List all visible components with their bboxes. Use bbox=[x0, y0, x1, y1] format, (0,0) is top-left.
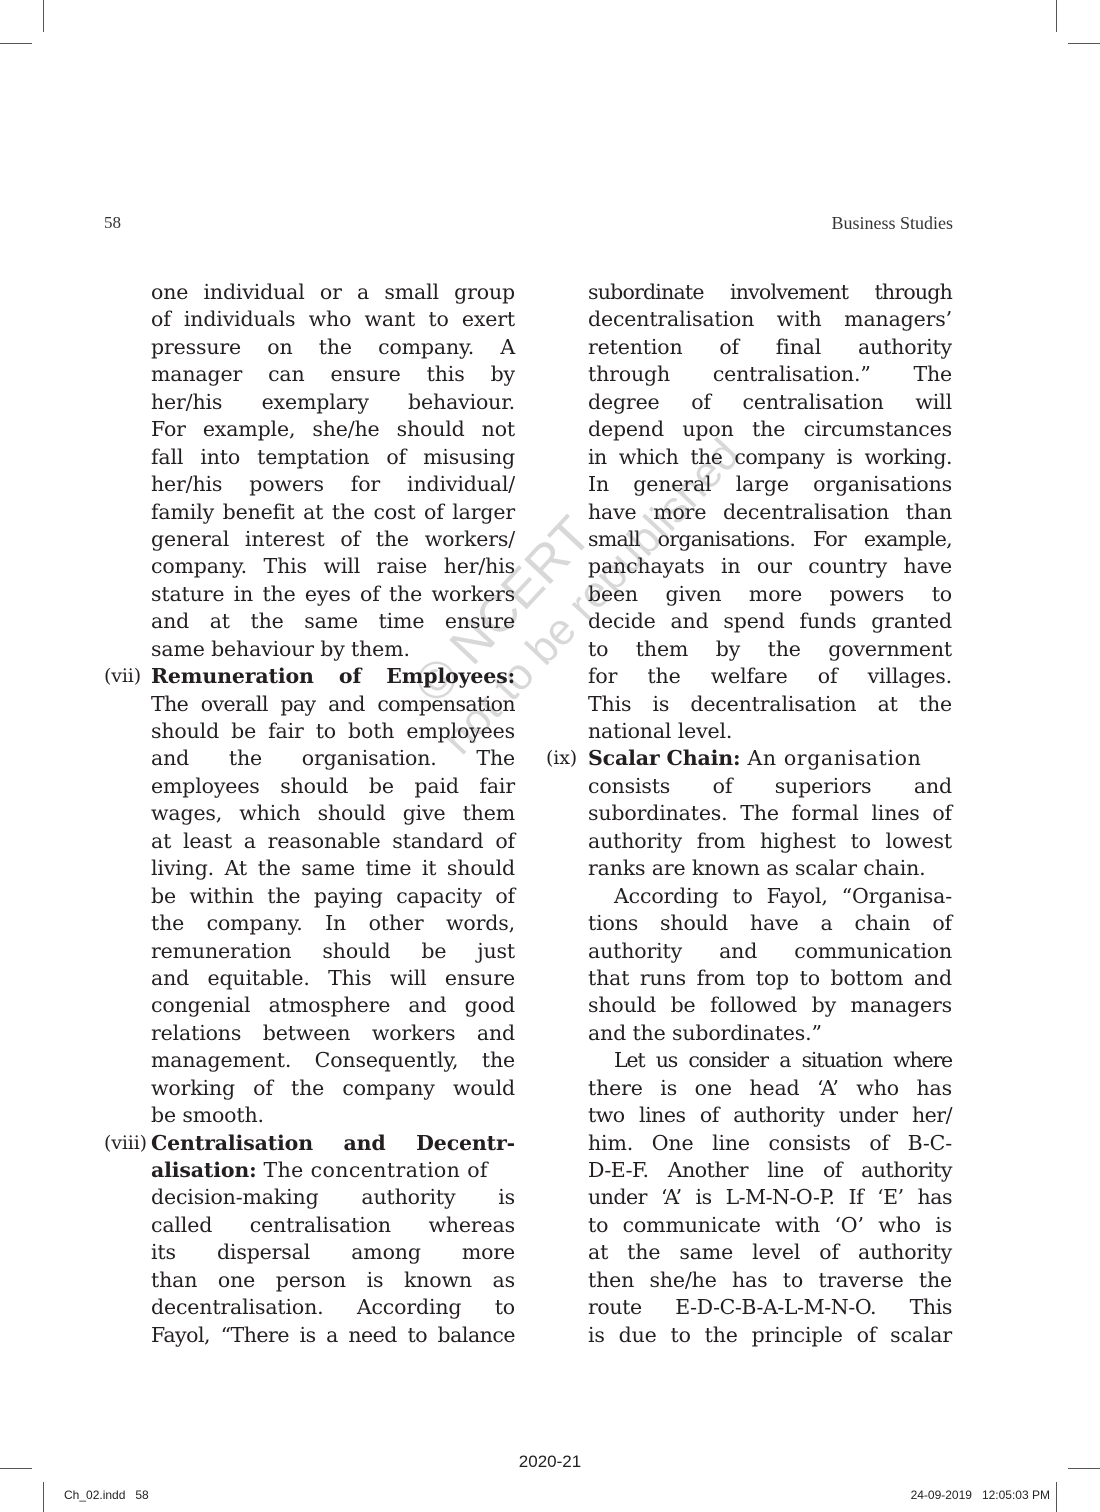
text-line: be smooth. bbox=[151, 1102, 515, 1129]
text-line: to communicate with ‘O’ who is bbox=[588, 1212, 952, 1239]
text-line: panchayats in our country have bbox=[588, 553, 952, 580]
text-line: route E-D-C-B-A-L-M-N-O. This bbox=[588, 1294, 952, 1321]
text-line: same behaviour by them. bbox=[151, 636, 515, 663]
text-line: should be followed by managers bbox=[588, 992, 952, 1019]
section-ix-heading: Scalar Chain: bbox=[588, 746, 740, 770]
text-line: decentralisation. According to bbox=[151, 1294, 515, 1321]
crop-mark bbox=[1056, 1482, 1057, 1512]
text-line: called centralisation whereas bbox=[151, 1212, 515, 1239]
running-header-title: Business Studies bbox=[831, 213, 953, 234]
page-number: 58 bbox=[104, 213, 121, 233]
text-line: subordinate involvement through bbox=[588, 279, 952, 306]
footer-year: 2020-21 bbox=[0, 1452, 1100, 1472]
crop-mark bbox=[1068, 43, 1100, 44]
text-line: then she/he has to traverse the bbox=[588, 1267, 952, 1294]
text-line: for the welfare of villages. bbox=[588, 663, 952, 690]
section-viii-heading-line-2: alisation: The concentration of bbox=[151, 1157, 515, 1184]
text-line: pressure on the company. A bbox=[151, 334, 515, 361]
text-line: at the same level of authority bbox=[588, 1239, 952, 1266]
text-line: small organisations. For example, bbox=[588, 526, 952, 553]
crop-mark bbox=[43, 0, 44, 32]
text-run: An organisation bbox=[740, 746, 921, 770]
text-line: at least a reasonable standard of bbox=[151, 828, 515, 855]
section-label-vii: (vii) bbox=[104, 663, 141, 690]
text-line: her/his powers for individual/ bbox=[151, 471, 515, 498]
text-line: decentralisation with managers’ bbox=[588, 306, 952, 333]
text-line: degree of centralisation will bbox=[588, 389, 952, 416]
crop-mark bbox=[0, 43, 32, 44]
section-vii-heading: Remuneration of Employees: bbox=[151, 664, 515, 688]
text-line: to them by the government bbox=[588, 636, 952, 663]
text-line: congenial atmosphere and good bbox=[151, 992, 515, 1019]
text-line: According to Fayol, “Organisa- bbox=[588, 883, 952, 910]
text-line: than one person is known as bbox=[151, 1267, 515, 1294]
section-label-viii: (viii) bbox=[104, 1130, 147, 1157]
left-column: one individual or a small group of indiv… bbox=[151, 279, 515, 1349]
text-line: decide and spend funds granted bbox=[588, 608, 952, 635]
text-line: tions should have a chain of bbox=[588, 910, 952, 937]
text-line: consists of superiors and bbox=[588, 773, 952, 800]
section-vii-heading-line: (vii) Remuneration of Employees: bbox=[151, 663, 515, 690]
text-line: wages, which should give them bbox=[151, 800, 515, 827]
text-line: her/his exemplary behaviour. bbox=[151, 389, 515, 416]
section-viii-heading-line: (viii) Centralisation and Decentr- bbox=[151, 1130, 515, 1157]
text-line: and equitable. This will ensure bbox=[151, 965, 515, 992]
section-viii-heading-cont: alisation: bbox=[151, 1158, 257, 1182]
text-line: and the organisation. The bbox=[151, 745, 515, 772]
text-line: working of the company would bbox=[151, 1075, 515, 1102]
text-line: one individual or a small group bbox=[151, 279, 515, 306]
text-line: family benefit at the cost of larger bbox=[151, 499, 515, 526]
text-line: subordinates. The formal lines of bbox=[588, 800, 952, 827]
text-line: is due to the principle of scalar bbox=[588, 1322, 952, 1349]
text-line: under ‘A’ is L-M-N-O-P. If ‘E’ has bbox=[588, 1184, 952, 1211]
slug-timestamp: 24-09-2019 12:05:03 PM bbox=[911, 1488, 1050, 1502]
text-line: be within the paying capacity of bbox=[151, 883, 515, 910]
text-line: and the subordinates.” bbox=[588, 1020, 952, 1047]
text-line: been given more powers to bbox=[588, 581, 952, 608]
text-line: stature in the eyes of the workers bbox=[151, 581, 515, 608]
text-line: ranks are known as scalar chain. bbox=[588, 855, 952, 882]
text-line: manager can ensure this by bbox=[151, 361, 515, 388]
text-line: through centralisation.” The bbox=[588, 361, 952, 388]
text-line: depend upon the circumstances bbox=[588, 416, 952, 443]
text-line: In general large organisations bbox=[588, 471, 952, 498]
text-line: in which the company is working. bbox=[588, 444, 952, 471]
text-line: there is one head ‘A’ who has bbox=[588, 1075, 952, 1102]
text-line: relations between workers and bbox=[151, 1020, 515, 1047]
right-column: subordinate involvement through decentra… bbox=[588, 279, 952, 1349]
text-line: fall into temptation of misusing bbox=[151, 444, 515, 471]
text-line: the company. In other words, bbox=[151, 910, 515, 937]
text-line: For example, she/he should not bbox=[151, 416, 515, 443]
text-line: company. This will raise her/his bbox=[151, 553, 515, 580]
text-line: employees should be paid fair bbox=[151, 773, 515, 800]
text-line: have more decentralisation than bbox=[588, 499, 952, 526]
text-line: that runs from top to bottom and bbox=[588, 965, 952, 992]
section-viii-heading: Centralisation and Decentr- bbox=[151, 1131, 515, 1155]
text-line: should be fair to both employees bbox=[151, 718, 515, 745]
text-line: national level. bbox=[588, 718, 952, 745]
text-line: remuneration should be just bbox=[151, 938, 515, 965]
text-line: authority and communication bbox=[588, 938, 952, 965]
text-line: decision-making authority is bbox=[151, 1184, 515, 1211]
text-line: D-E-F. Another line of authority bbox=[588, 1157, 952, 1184]
text-line: of individuals who want to exert bbox=[151, 306, 515, 333]
crop-mark bbox=[43, 1482, 44, 1512]
text-line: general interest of the workers/ bbox=[151, 526, 515, 553]
text-line: living. At the same time it should bbox=[151, 855, 515, 882]
section-ix-heading-line: (ix) Scalar Chain: An organisation bbox=[588, 745, 952, 772]
text-line: This is decentralisation at the bbox=[588, 691, 952, 718]
text-line: The overall pay and compensation bbox=[151, 691, 515, 718]
text-line: retention of final authority bbox=[588, 334, 952, 361]
text-line: Fayol, “There is a need to balance bbox=[151, 1322, 515, 1349]
section-label-ix: (ix) bbox=[546, 745, 577, 772]
text-line: and at the same time ensure bbox=[151, 608, 515, 635]
crop-mark bbox=[1056, 0, 1057, 32]
text-line: authority from highest to lowest bbox=[588, 828, 952, 855]
text-line: him. One line consists of B-C- bbox=[588, 1130, 952, 1157]
slug-filename: Ch_02.indd 58 bbox=[64, 1488, 149, 1502]
text-run: The concentration of bbox=[257, 1158, 488, 1182]
text-line: its dispersal among more bbox=[151, 1239, 515, 1266]
text-line: two lines of authority under her/ bbox=[588, 1102, 952, 1129]
text-line: Let us consider a situation where bbox=[588, 1047, 952, 1074]
text-line: management. Consequently, the bbox=[151, 1047, 515, 1074]
